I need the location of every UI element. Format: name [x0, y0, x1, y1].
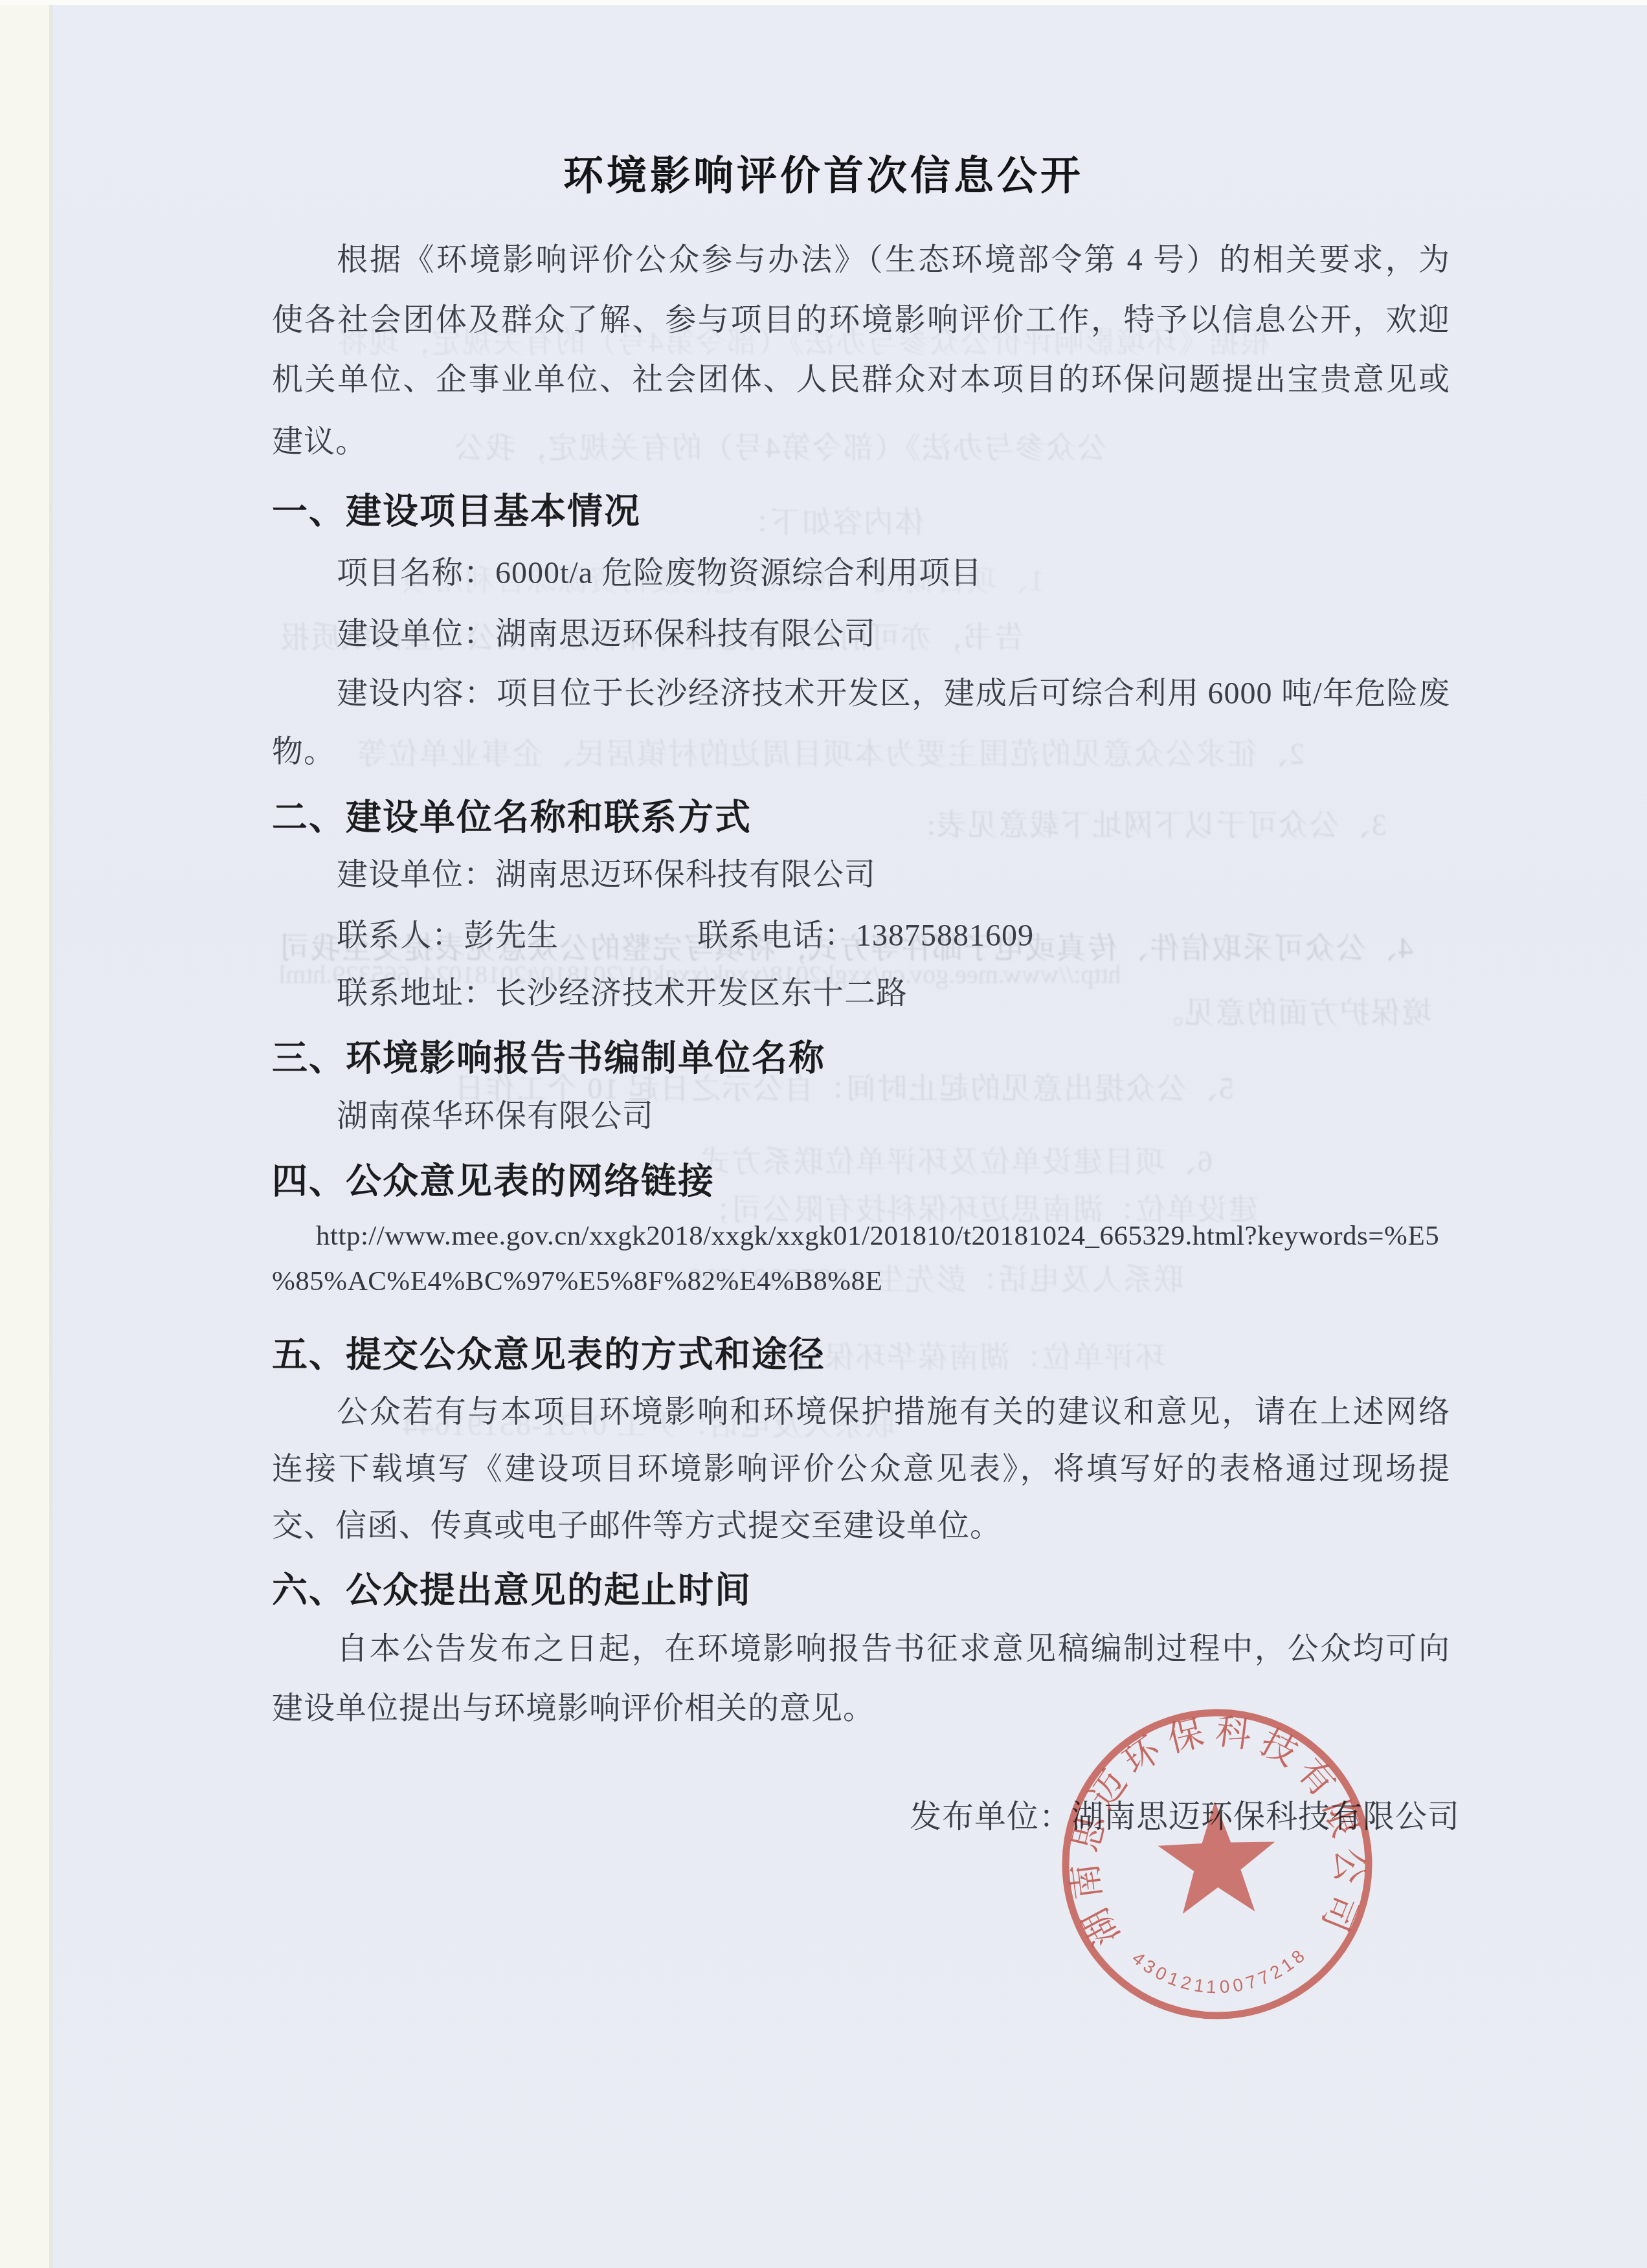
intro-line: 建议。: [272, 416, 367, 461]
construction-content-line: 物。: [272, 726, 335, 771]
section-heading-eia-compiler: 三、环境影响报告书编制单位名称: [272, 1029, 825, 1080]
section-heading-feedback-form-link: 四、公众意见表的网络链接: [272, 1152, 715, 1203]
eia-company-line: 湖南葆华环保有限公司: [337, 1091, 654, 1135]
intro-line: 根据《环境影响评价公众参与办法》（生态环境部令第 4 号）的相关要求，为: [337, 234, 1450, 279]
ghost-bleedthrough-line: 6、项目建设单位及环评单位联系方式: [699, 1138, 1213, 1181]
submission-line: 连接下载填写《建设项目环境影响评价公众意见表》，将填写好的表格通过现场提: [272, 1443, 1450, 1488]
scanned-document-page: 根据《环境影响评价公众参与办法》（部令第4号）的有关规定，现将 公众参与办法》（…: [0, 0, 1647, 2268]
submission-line: 公众若有与本项目环境影响和环境保护措施有关的建议和意见，请在上述网络: [337, 1386, 1450, 1431]
seal-serial-number: 43012110077218: [1128, 1942, 1311, 2000]
ghost-bleedthrough-line: 公众参与办法》（部令第4号）的有关规定，我公: [453, 424, 1107, 467]
scan-top-edge: [0, 0, 1647, 5]
ghost-bleedthrough-line: 2、征求公众意见的范围主要为本项目周边的村镇居民、企事业单位等: [356, 730, 1305, 773]
construction-unit-line: 建设单位：湖南思迈环保科技有限公司: [337, 608, 876, 653]
star-icon: [1156, 1799, 1277, 1915]
section-heading-submission-methods: 五、提交公众意见表的方式和途径: [272, 1326, 825, 1377]
svg-text:43012110077218: 43012110077218: [1128, 1942, 1311, 2000]
project-name-line: 项目名称：6000t/a 危险废物资源综合利用项目: [337, 548, 982, 592]
intro-line: 使各社会团体及群众了解、参与项目的环境影响评价工作，特予以信息公开，欢迎: [272, 295, 1450, 339]
document-title: 环境影响评价首次信息公开: [0, 144, 1647, 201]
construction-unit-line: 建设单位：湖南思迈环保科技有限公司: [337, 849, 876, 894]
feedback-form-url: http://www.mee.gov.cn/xxgk2018/xxgk/xxgk…: [316, 1220, 1439, 1252]
section-heading-project-info: 一、建设项目基本情况: [272, 482, 641, 533]
intro-line: 机关单位、企事业单位、社会团体、人民群众对本项目的环保问题提出宝贵意见或: [272, 354, 1450, 399]
company-seal-stamp: 湖南思迈环保科技有限公司 43012110077218: [1043, 1690, 1391, 2038]
scan-edge-seam: [49, 0, 52, 2268]
feedback-form-url: %85%AC%E4%BC%97%E5%8F%82%E4%B8%8E: [272, 1265, 882, 1297]
contact-line: 联系人：彭先生联系电话：13875881609: [337, 910, 1034, 955]
comment-period-line: 自本公告发布之日起，在环境影响报告书征求意见稿编制过程中，公众均可向: [337, 1623, 1450, 1668]
section-heading-contact-info: 二、建设单位名称和联系方式: [272, 788, 752, 839]
contact-address-line: 联系地址：长沙经济技术开发区东十二路: [337, 968, 908, 1012]
contact-person: 联系人：彭先生: [337, 918, 559, 953]
section-heading-comment-period: 六、公众提出意见的起止时间: [272, 1561, 752, 1612]
contact-phone: 联系电话：13875881609: [697, 918, 1034, 953]
ghost-bleedthrough-line: 境保护方面的意见。: [1152, 989, 1432, 1032]
ghost-bleedthrough-line: 体内容如下：: [738, 498, 924, 541]
submission-line: 交、信函、传真或电子邮件等方式提交至建设单位。: [272, 1500, 1002, 1545]
ghost-bleedthrough-line: 3、公众可于以下网址下载意见表:: [926, 801, 1387, 844]
construction-content-line: 建设内容：项目位于长沙经济技术开发区，建成后可综合利用 6000 吨/年危险废: [337, 668, 1450, 713]
comment-period-line: 建设单位提出与环境影响评价相关的意见。: [272, 1683, 875, 1728]
